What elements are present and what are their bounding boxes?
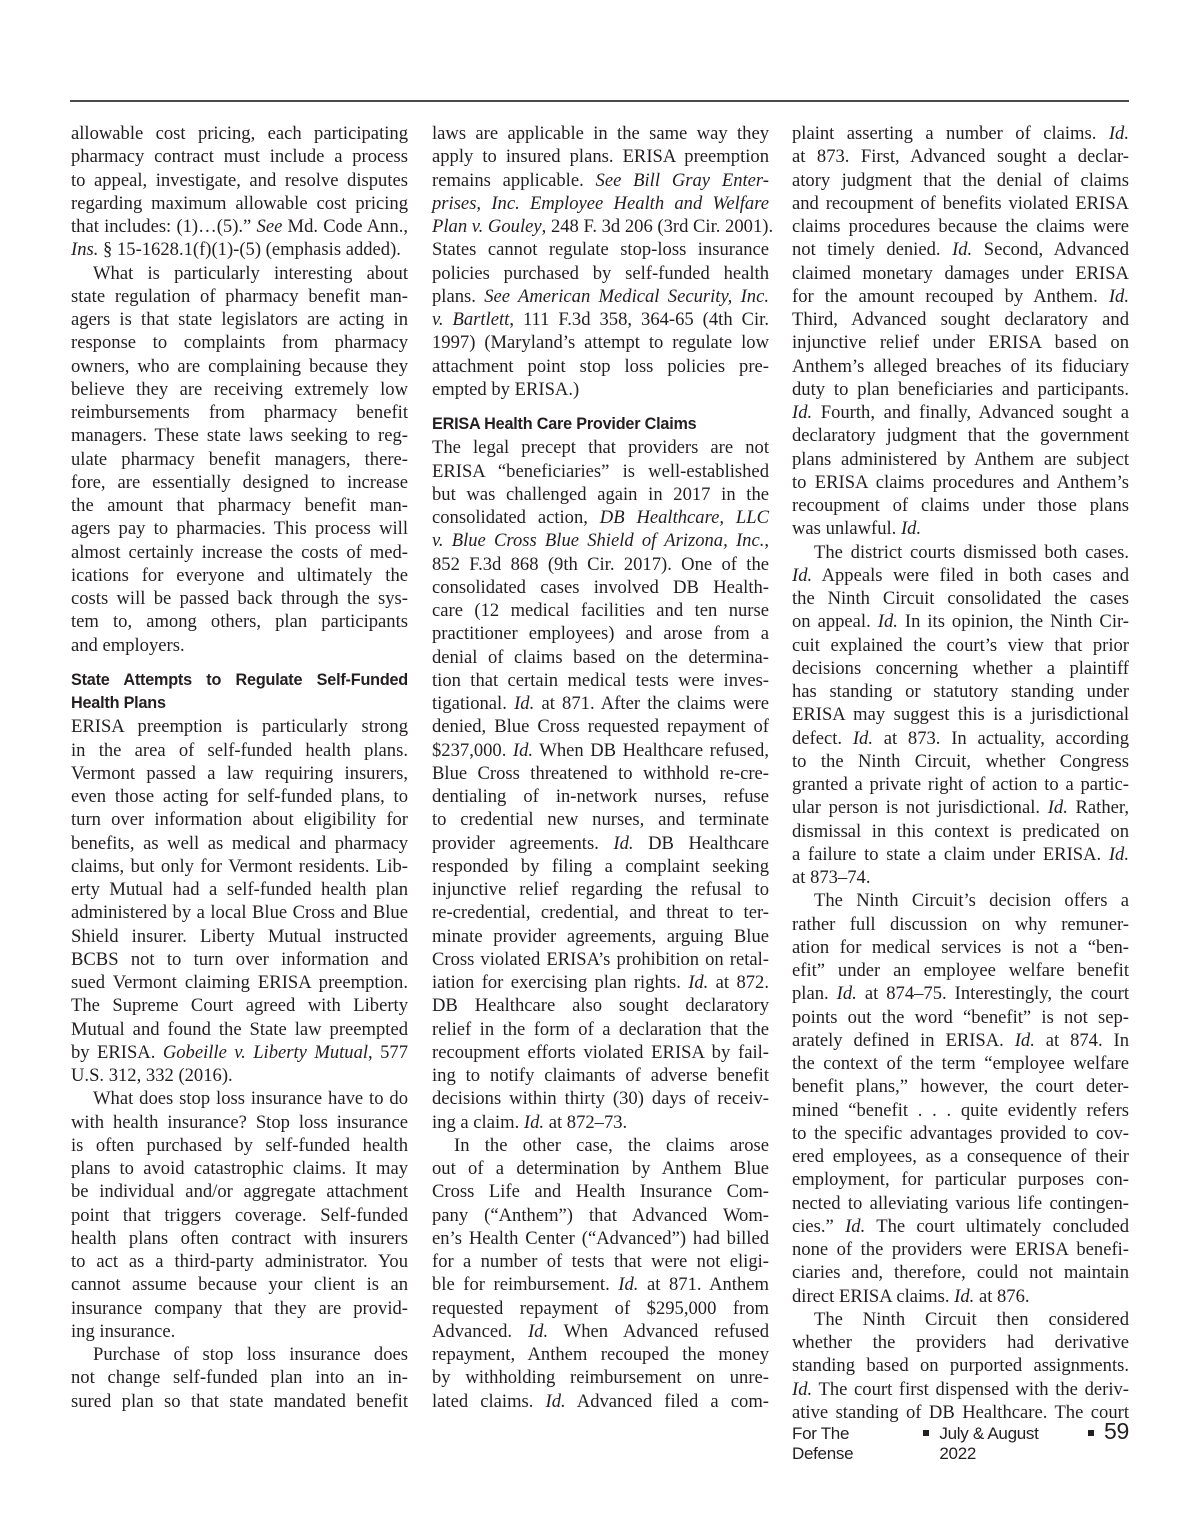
text-line: Id. Fourth, and finally, Advanced sought… — [792, 401, 1129, 424]
text-line: ications for everyone and ultimately the — [71, 564, 408, 587]
text-line: consolidated cases involved DB Health- — [432, 576, 769, 599]
text-line: ing insurance. — [71, 1320, 408, 1343]
text-line: v. Blue Cross Blue Shield of Arizona, In… — [432, 529, 769, 552]
section-heading: State Attempts to Regulate Self-FundedHe… — [71, 669, 408, 716]
text-line: BCBS not to turn over information and — [71, 948, 408, 971]
text-line: $237,000. Id. When DB Healthcare refused… — [432, 739, 769, 762]
text-line: Ins. § 15-1628.1(f)(1)-(5) (emphasis add… — [71, 238, 408, 261]
text-line: practitioner employees) and arose from a — [432, 622, 769, 645]
text-line: believe they are receiving extremely low — [71, 378, 408, 401]
text-line: a failure to state a claim under ERISA. … — [792, 843, 1129, 866]
text-line: turn over information about eligibility … — [71, 808, 408, 831]
text-line: managers. These state laws seeking to re… — [71, 424, 408, 447]
text-line: by ERISA. Gobeille v. Liberty Mutual, 57… — [71, 1041, 408, 1064]
heading-line: State Attempts to Regulate Self-Funded — [71, 669, 408, 692]
text-line: regarding maximum allowable cost pricing — [71, 192, 408, 215]
text-line: denial of claims based on the determina- — [432, 646, 769, 669]
text-line: decisions concerning whether a plaintiff — [792, 657, 1129, 680]
text-line: ble for reimbursement. Id. at 871. Anthe… — [432, 1273, 769, 1296]
text-line: Third, Advanced sought declaratory and — [792, 308, 1129, 331]
text-line: Anthem’s alleged breaches of its fiducia… — [792, 355, 1129, 378]
text-line: en’s Health Center (“Advanced”) had bill… — [432, 1227, 769, 1250]
text-line: to ERISA claims procedures and Anthem’s — [792, 471, 1129, 494]
text-line: even those acting for self-funded plans,… — [71, 785, 408, 808]
text-line: ERISA preemption is particularly strong — [71, 715, 408, 738]
text-line: rather full discussion on why remuner- — [792, 913, 1129, 936]
paragraph: ERISA preemption is particularly strongi… — [71, 715, 408, 1087]
paragraph: What is particularly interesting aboutst… — [71, 262, 408, 657]
text-line: point that triggers coverage. Self-funde… — [71, 1204, 408, 1227]
text-line: tem to, among others, plan participants — [71, 610, 408, 633]
text-line: allowable cost pricing, each participati… — [71, 122, 408, 145]
text-line: be individual and/or aggregate attachmen… — [71, 1180, 408, 1203]
bullet-square-icon — [923, 1430, 929, 1436]
text-line: recoupment efforts violated ERISA by fai… — [432, 1041, 769, 1064]
text-line: standing based on purported assignments. — [792, 1354, 1129, 1377]
text-line: at 873. First, Advanced sought a declar- — [792, 145, 1129, 168]
text-line: empted by ERISA.) — [432, 378, 769, 401]
text-line: ing a claim. Id. at 872–73. — [432, 1111, 769, 1134]
text-line: for the amount recouped by Anthem. Id. — [792, 285, 1129, 308]
text-line: dismissal in this context is predicated … — [792, 820, 1129, 843]
text-line: and recoupment of benefits violated ERIS… — [792, 192, 1129, 215]
text-line: pany (“Anthem”) that Advanced Wom- — [432, 1204, 769, 1227]
text-line: laws are applicable in the same way they — [432, 122, 769, 145]
text-line: reimbursements from pharmacy benefit — [71, 401, 408, 424]
paragraph: allowable cost pricing, each participati… — [71, 122, 408, 262]
text-line: Id. The court first dispensed with the d… — [792, 1378, 1129, 1401]
text-line: policies purchased by self-funded health — [432, 262, 769, 285]
column-2: laws are applicable in the same way they… — [432, 122, 769, 1413]
text-line: administered by a local Blue Cross and B… — [71, 901, 408, 924]
paragraph: In the other case, the claims aroseout o… — [432, 1134, 769, 1413]
text-line: duty to plan beneficiaries and participa… — [792, 378, 1129, 401]
text-line: recoupment of claims under those plans — [792, 494, 1129, 517]
text-line: has standing or statutory standing under — [792, 680, 1129, 703]
text-line: Blue Cross threatened to withhold re-cre… — [432, 762, 769, 785]
text-line: declaratory judgment that the government — [792, 424, 1129, 447]
text-line: the amount that pharmacy benefit man- — [71, 494, 408, 517]
text-line: States cannot regulate stop-loss insuran… — [432, 238, 769, 261]
text-line: U.S. 312, 332 (2016). — [71, 1064, 408, 1087]
text-line: sured plan so that state mandated benefi… — [71, 1390, 408, 1413]
text-line: claims, but only for Vermont residents. … — [71, 855, 408, 878]
text-line: insurance company that they are provid- — [71, 1297, 408, 1320]
text-line: agers is that state legislators are acti… — [71, 308, 408, 331]
bullet-square-icon — [1088, 1430, 1094, 1436]
text-line: ulate pharmacy benefit managers, there- — [71, 448, 408, 471]
spacer — [432, 401, 769, 413]
text-line: at 873–74. — [792, 866, 1129, 889]
text-line: remains applicable. See Bill Gray Enter- — [432, 169, 769, 192]
spacer — [71, 657, 408, 669]
text-line: benefit plans,” however, the court deter… — [792, 1075, 1129, 1098]
text-line: tion that certain medical tests were inv… — [432, 669, 769, 692]
text-line: claims procedures because the claims wer… — [792, 215, 1129, 238]
text-line: in the area of self-funded health plans. — [71, 739, 408, 762]
text-line: apply to insured plans. ERISA preemption — [432, 145, 769, 168]
issue-date: July & August 2022 — [939, 1424, 1078, 1464]
text-line: 852 F.3d 868 (9th Cir. 2017). One of the — [432, 553, 769, 576]
text-line: ERISA may suggest this is a jurisdiction… — [792, 703, 1129, 726]
text-line: costs will be passed back through the sy… — [71, 587, 408, 610]
text-line: Advanced. Id. When Advanced refused — [432, 1320, 769, 1343]
text-line: for a number of tests that were not elig… — [432, 1250, 769, 1273]
text-line: prises, Inc. Employee Health and Welfare — [432, 192, 769, 215]
text-line: none of the providers were ERISA benefi- — [792, 1238, 1129, 1261]
text-line: The Ninth Circuit’s decision offers a — [792, 889, 1129, 912]
text-line: ciaries and, therefore, could not mainta… — [792, 1261, 1129, 1284]
text-line: to the specific advantages provided to c… — [792, 1122, 1129, 1145]
text-line: on appeal. Id. In its opinion, the Ninth… — [792, 610, 1129, 633]
text-line: to the Ninth Circuit, whether Congress — [792, 750, 1129, 773]
text-line: almost certainly increase the costs of m… — [71, 541, 408, 564]
text-line: to credential new nurses, and terminate — [432, 808, 769, 831]
text-line: response to complaints from pharmacy — [71, 331, 408, 354]
text-line: The Ninth Circuit then considered — [792, 1308, 1129, 1331]
text-line: Cross violated ERISA’s prohibition on re… — [432, 948, 769, 971]
paragraph: The Ninth Circuit’s decision offers arat… — [792, 889, 1129, 1308]
heading-line: ERISA Health Care Provider Claims — [432, 413, 769, 436]
paragraph: The legal precept that providers are not… — [432, 436, 769, 1134]
text-line: injunctive relief under ERISA based on — [792, 331, 1129, 354]
text-line: relief in the form of a declaration that… — [432, 1018, 769, 1041]
text-line: plans administered by Anthem are subject — [792, 448, 1129, 471]
text-line: cannot assume because your client is an — [71, 1273, 408, 1296]
text-line: to act as a third-party administrator. Y… — [71, 1250, 408, 1273]
text-line: The district courts dismissed both cases… — [792, 541, 1129, 564]
text-line: plans to avoid catastrophic claims. It m… — [71, 1157, 408, 1180]
text-line: cies.” Id. The court ultimately conclude… — [792, 1215, 1129, 1238]
text-line: denied, Blue Cross requested repayment o… — [432, 715, 769, 738]
text-line: atory judgment that the denial of claims — [792, 169, 1129, 192]
column-3: plaint asserting a number of claims. Id.… — [792, 122, 1129, 1424]
text-line: provider agreements. Id. DB Healthcare — [432, 832, 769, 855]
text-line: was unlawful. Id. — [792, 517, 1129, 540]
text-line: ation for medical services is not a “ben… — [792, 936, 1129, 959]
text-line: health plans often contract with insurer… — [71, 1227, 408, 1250]
text-line: defect. Id. at 873. In actuality, accord… — [792, 727, 1129, 750]
text-line: efit” under an employee welfare benefit — [792, 959, 1129, 982]
column-1: allowable cost pricing, each participati… — [71, 122, 408, 1413]
text-line: responded by filing a complaint seeking — [432, 855, 769, 878]
text-line: Id. Appeals were filed in both cases and — [792, 564, 1129, 587]
text-line: Vermont passed a law requiring insurers, — [71, 762, 408, 785]
text-line: The legal precept that providers are not — [432, 436, 769, 459]
text-line: not change self-funded plan into an in- — [71, 1366, 408, 1389]
text-line: not timely denied. Id. Second, Advanced — [792, 238, 1129, 261]
text-line: plan. Id. at 874–75. Interestingly, the … — [792, 982, 1129, 1005]
text-line: tigational. Id. at 871. After the claims… — [432, 692, 769, 715]
text-line: direct ERISA claims. Id. at 876. — [792, 1285, 1129, 1308]
text-line: claimed monetary damages under ERISA — [792, 262, 1129, 285]
text-line: lated claims. Id. Advanced filed a com- — [432, 1390, 769, 1413]
text-line: the context of the term “employee welfar… — [792, 1052, 1129, 1075]
heading-line: Health Plans — [71, 692, 408, 715]
text-line: pharmacy contract must include a process — [71, 145, 408, 168]
text-line: by withholding reimbursement on unre- — [432, 1366, 769, 1389]
paragraph: Purchase of stop loss insurance doesnot … — [71, 1343, 408, 1413]
text-line: and employers. — [71, 634, 408, 657]
text-line: arately defined in ERISA. Id. at 874. In — [792, 1029, 1129, 1052]
paragraph: The Ninth Circuit then consideredwhether… — [792, 1308, 1129, 1424]
text-line: injunctive relief regarding the refusal … — [432, 878, 769, 901]
text-line: erty Mutual had a self-funded health pla… — [71, 878, 408, 901]
text-line: owners, who are complaining because they — [71, 355, 408, 378]
text-line: out of a determination by Anthem Blue — [432, 1157, 769, 1180]
text-line: What does stop loss insurance have to do — [71, 1087, 408, 1110]
top-rule — [70, 100, 1129, 102]
text-line: attachment point stop loss policies pre- — [432, 355, 769, 378]
text-line: agers pay to pharmacies. This process wi… — [71, 517, 408, 540]
text-line: plans. See American Medical Security, In… — [432, 285, 769, 308]
text-line: What is particularly interesting about — [71, 262, 408, 285]
text-line: The Supreme Court agreed with Liberty — [71, 994, 408, 1017]
text-line: ERISA “beneficiaries” is well-establishe… — [432, 460, 769, 483]
text-line: 1997) (Maryland’s attempt to regulate lo… — [432, 331, 769, 354]
text-line: Plan v. Gouley, 248 F. 3d 206 (3rd Cir. … — [432, 215, 769, 238]
publication-name: For The Defense — [792, 1424, 913, 1464]
text-line: whether the providers had derivative — [792, 1331, 1129, 1354]
text-line: Mutual and found the State law preempted — [71, 1018, 408, 1041]
text-line: DB Healthcare also sought declaratory — [432, 994, 769, 1017]
text-line: iation for exercising plan rights. Id. a… — [432, 971, 769, 994]
text-line: fore, are essentially designed to increa… — [71, 471, 408, 494]
text-line: employment, for particular purposes con- — [792, 1168, 1129, 1191]
text-line: state regulation of pharmacy benefit man… — [71, 285, 408, 308]
text-line: mined “benefit . . . quite evidently ref… — [792, 1099, 1129, 1122]
text-line: but was challenged again in 2017 in the — [432, 483, 769, 506]
paragraph: The district courts dismissed both cases… — [792, 541, 1129, 890]
text-line: points out the word “benefit” is not sep… — [792, 1006, 1129, 1029]
paragraph: plaint asserting a number of claims. Id.… — [792, 122, 1129, 541]
text-line: decisions within thirty (30) days of rec… — [432, 1087, 769, 1110]
text-line: minate provider agreements, arguing Blue — [432, 925, 769, 948]
text-line: with health insurance? Stop loss insuran… — [71, 1111, 408, 1134]
text-line: re-credential, credential, and threat to… — [432, 901, 769, 924]
text-line: granted a private right of action to a p… — [792, 773, 1129, 796]
text-line: benefits, as well as medical and pharmac… — [71, 832, 408, 855]
text-line: sued Vermont claiming ERISA preemption. — [71, 971, 408, 994]
text-line: plaint asserting a number of claims. Id. — [792, 122, 1129, 145]
text-line: Purchase of stop loss insurance does — [71, 1343, 408, 1366]
text-line: Shield insurer. Liberty Mutual instructe… — [71, 925, 408, 948]
text-line: ular person is not jurisdictional. Id. R… — [792, 796, 1129, 819]
text-line: care (12 medical facilities and ten nurs… — [432, 599, 769, 622]
page-number: 59 — [1104, 1418, 1129, 1445]
paragraph: What does stop loss insurance have to do… — [71, 1087, 408, 1343]
text-line: v. Bartlett, 111 F.3d 358, 364-65 (4th C… — [432, 308, 769, 331]
text-line: requested repayment of $295,000 from — [432, 1297, 769, 1320]
text-line: cuit explained the court’s view that pri… — [792, 634, 1129, 657]
text-line: to appeal, investigate, and resolve disp… — [71, 169, 408, 192]
text-line: the Ninth Circuit consolidated the cases — [792, 587, 1129, 610]
paragraph: laws are applicable in the same way they… — [432, 122, 769, 401]
text-line: ered employees, as a consequence of thei… — [792, 1145, 1129, 1168]
section-heading: ERISA Health Care Provider Claims — [432, 413, 769, 436]
text-line: nected to alleviating various life conti… — [792, 1192, 1129, 1215]
text-line: that includes: (1)…(5).” See Md. Code An… — [71, 215, 408, 238]
text-line: repayment, Anthem recouped the money — [432, 1343, 769, 1366]
page-footer: For The Defense July & August 2022 59 — [792, 1418, 1129, 1464]
text-line: consolidated action, DB Healthcare, LLC — [432, 506, 769, 529]
text-line: Cross Life and Health Insurance Com- — [432, 1180, 769, 1203]
text-line: is often purchased by self-funded health — [71, 1134, 408, 1157]
text-line: dentialing of in-network nurses, refuse — [432, 785, 769, 808]
text-line: ing to notify claimants of adverse benef… — [432, 1064, 769, 1087]
text-line: In the other case, the claims arose — [432, 1134, 769, 1157]
